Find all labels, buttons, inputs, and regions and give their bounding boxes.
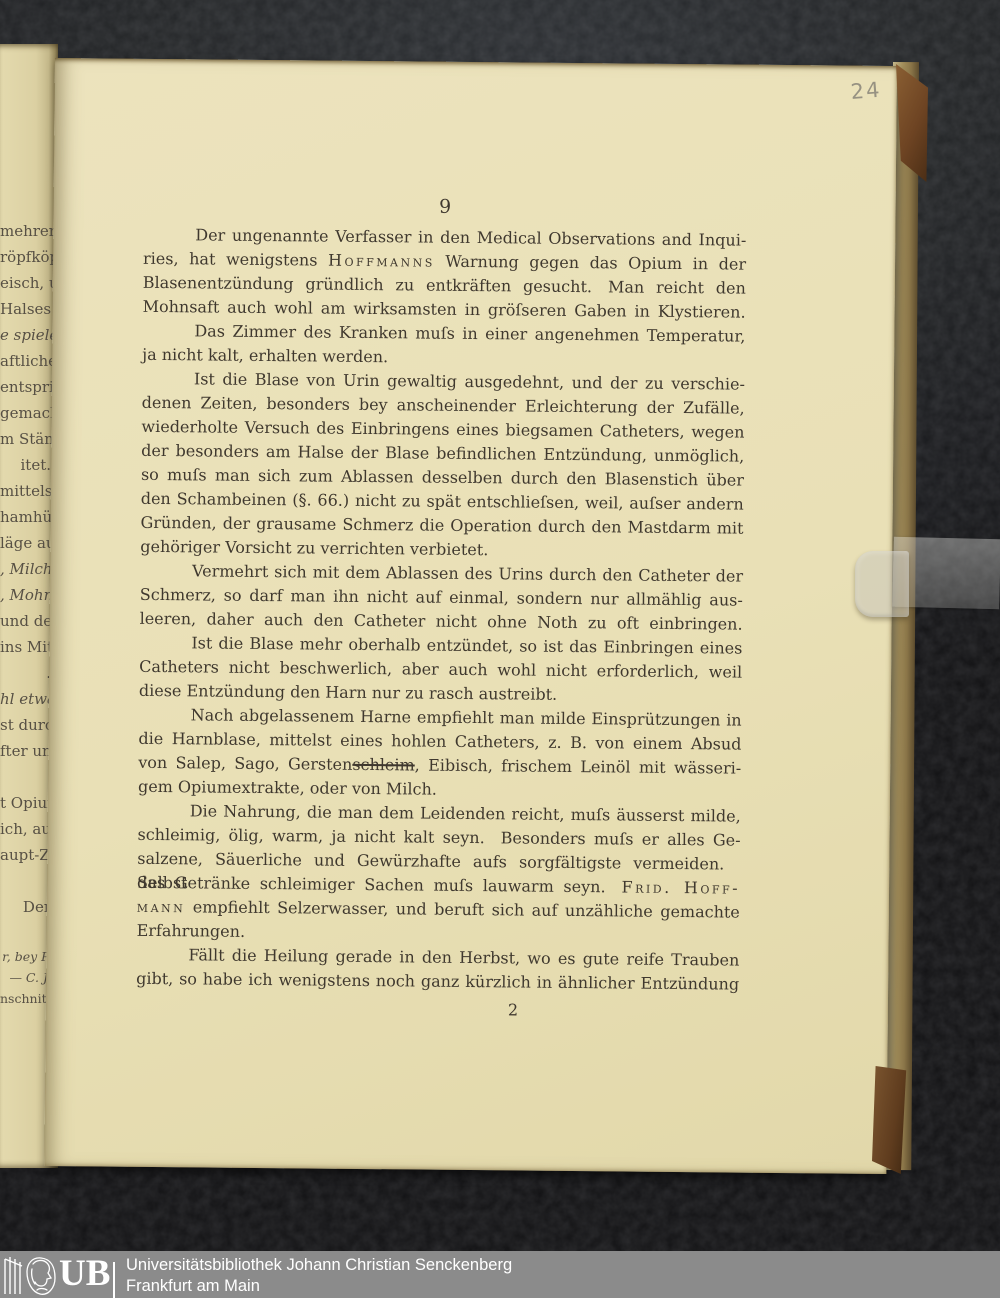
facing-page-text-fragment xyxy=(0,764,54,790)
small-caps-name: Frid. Hoff- xyxy=(622,877,741,897)
text-segment: Die Nahrung, die man dem Leidenden reich… xyxy=(190,801,741,825)
small-caps-name: Hoffmanns xyxy=(328,251,435,271)
text-segment: gibt, so habe ich wenigstens noch ganz k… xyxy=(136,969,739,994)
facing-page-text-fragment: mittelst xyxy=(0,478,54,504)
text-segment: Warnung gegen das Opium in der xyxy=(435,252,746,274)
struck-word: schleim xyxy=(352,755,415,775)
text-segment: ja nicht kalt, erhalten werden. xyxy=(142,345,388,366)
text-segment: gehöriger Vorsicht zu verrichten verbiet… xyxy=(140,537,488,559)
facing-page-text-fragment: ich, aus xyxy=(0,816,54,842)
paragraph: Ist die Blase von Urin gewaltig ausgedeh… xyxy=(140,367,745,565)
facing-page-text-fragment: hl etwas xyxy=(0,686,54,712)
text-segment: Ist die Blase von Urin gewaltig ausgedeh… xyxy=(194,369,745,393)
text-segment: die Harnblase, mittelst eines hohlen Cat… xyxy=(138,729,741,754)
text-segment: von Salep, Sago, Gersten xyxy=(138,753,352,774)
text-segment: ries, hat wenigstens xyxy=(143,249,328,270)
facing-page-text-fragment: st durch xyxy=(0,712,54,738)
printed-page-number: 9 xyxy=(143,191,746,223)
signature-mark: 2 xyxy=(136,997,739,1022)
text-segment: leeren, daher auch den Catheter nicht oh… xyxy=(140,609,743,634)
page-text: Der ungenannte Verfasser in den Medical … xyxy=(136,223,746,997)
facing-page-text-fragment: entsprin- xyxy=(0,374,54,400)
facing-page-text-fragment: und der- xyxy=(0,608,54,634)
paragraph: Nach abgelassenem Harne empfiehlt man mi… xyxy=(138,703,742,805)
text-segment: Der ungenannte Verfasser in den Medical … xyxy=(195,225,746,249)
paragraph: Der ungenannte Verfasser in den Medical … xyxy=(143,223,747,325)
page-holder-clip xyxy=(855,551,909,617)
library-banner: UB Universitätsbibliothek Johann Christi… xyxy=(0,1251,1000,1298)
page-text-block: 9 Der ungenannte Verfasser in den Medica… xyxy=(136,191,747,1022)
text-segment: Das Zimmer des Kranken muſs in einer ang… xyxy=(194,321,745,345)
facing-page-text-fragment: m Stämm- xyxy=(0,426,54,452)
ub-logo-book-icon xyxy=(3,1254,23,1296)
text-segment: Schmerz, so darf man ihn nicht auf einma… xyxy=(140,585,743,610)
facing-page-text-fragment: gemacht xyxy=(0,400,54,426)
text-segment: Blasenentzündung gründlich zu entkräften… xyxy=(143,273,746,298)
text-segment: schleimig, ölig, warm, ja nicht kalt sey… xyxy=(137,825,740,850)
facing-page-text-fragment: , Mohn- xyxy=(0,582,54,608)
text-segment: das Getränke schleimiger Sachen muſs lau… xyxy=(137,873,622,897)
facing-page-text-fragment: ins Mit- xyxy=(0,634,54,660)
text-segment: Erfahrungen. xyxy=(137,921,246,941)
text-segment: gem Opiumextrakte, oder von Milch. xyxy=(138,777,437,799)
text-segment: Fällt die Heilung gerade in den Herbst, … xyxy=(188,945,739,969)
library-city: Frankfurt am Main xyxy=(126,1276,260,1297)
facing-page-text-fragment: hamhügel xyxy=(0,504,54,530)
library-name: Universitätsbibliothek Johann Christian … xyxy=(126,1255,512,1276)
goethe-portrait-icon xyxy=(23,1255,59,1297)
facing-page-fragments: mehrereröpfköpfeeisch, undHalses dere sp… xyxy=(0,218,54,1009)
paragraph: Ist die Blase mehr oberhalb entzündet, s… xyxy=(139,631,743,709)
facing-page-text-fragment: aupt-Zu- xyxy=(0,842,54,868)
text-line: gibt, so habe ich wenigstens noch ganz k… xyxy=(136,967,739,997)
facing-page-text-fragment: aftlichen xyxy=(0,348,54,374)
paragraph: Fällt die Heilung gerade in den Herbst, … xyxy=(136,943,739,997)
facing-page-text-fragment: röpfköpfe xyxy=(0,244,54,270)
facing-page-text-fragment: läge aus xyxy=(0,530,54,556)
book-page: 24 9 Der ungenannte Verfasser in den Med… xyxy=(44,58,897,1174)
text-segment: den Schambeinen (§. 66.) nicht zu spät e… xyxy=(141,489,744,514)
handwritten-folio-number: 24 xyxy=(850,78,883,104)
facing-page-text-fragment: , Milch, xyxy=(0,556,54,582)
text-segment: diese Entzündung den Harn nur zu rasch a… xyxy=(139,681,557,704)
book-scan: mehrereröpfköpfeeisch, undHalses dere sp… xyxy=(0,0,1000,1298)
text-segment: so muſs man sich zum Ablassen desselben … xyxy=(141,465,744,490)
text-segment: Catheters nicht beschwerlich, aber auch … xyxy=(139,657,742,682)
facing-page-text-fragment: eisch, und xyxy=(0,270,54,296)
text-segment: empfiehlt Selzerwasser, und beruft sich … xyxy=(185,897,740,921)
text-segment: wiederholte Versuch des Einbringens eine… xyxy=(141,417,744,442)
ub-logo-text: UB xyxy=(59,1252,110,1296)
logo-separator xyxy=(113,1262,115,1298)
facing-page-text-fragment: fter und xyxy=(0,738,54,764)
text-segment: , Eibisch, frischem Leinöl mit wässeri- xyxy=(415,755,742,777)
facing-page-text-fragment: . xyxy=(0,660,54,686)
facing-page-text-fragment: e spielen, xyxy=(0,322,54,348)
facing-page-text-fragment: Halses der xyxy=(0,296,54,322)
facing-page-text-fragment xyxy=(0,868,54,894)
facing-page-text-fragment: itet. xyxy=(0,452,54,478)
facing-page-text-fragment: mehrere xyxy=(0,218,54,244)
text-segment: Nach abgelassenem Harne empfiehlt man mi… xyxy=(191,705,742,729)
text-segment: Vermehrt sich mit dem Ablassen des Urins… xyxy=(192,561,743,585)
paragraph: Vermehrt sich mit dem Ablassen des Urins… xyxy=(140,559,744,637)
small-caps-name: mann xyxy=(137,897,186,916)
text-segment: denen Zeiten, besonders bey anscheinende… xyxy=(142,393,745,418)
paragraph: Die Nahrung, die man dem Leidenden reich… xyxy=(137,799,741,949)
text-segment: der besonders am Halse der Blase befindl… xyxy=(141,441,744,466)
text-segment: Gründen, der grausame Schmerz die Operat… xyxy=(140,513,743,538)
facing-page-text-fragment: t Opium xyxy=(0,790,54,816)
text-segment: Mohnsaft auch wohl am wirksamsten in grö… xyxy=(143,297,746,322)
text-segment: Ist die Blase mehr oberhalb entzündet, s… xyxy=(191,633,742,657)
paragraph: Das Zimmer des Kranken muſs in einer ang… xyxy=(142,319,745,373)
